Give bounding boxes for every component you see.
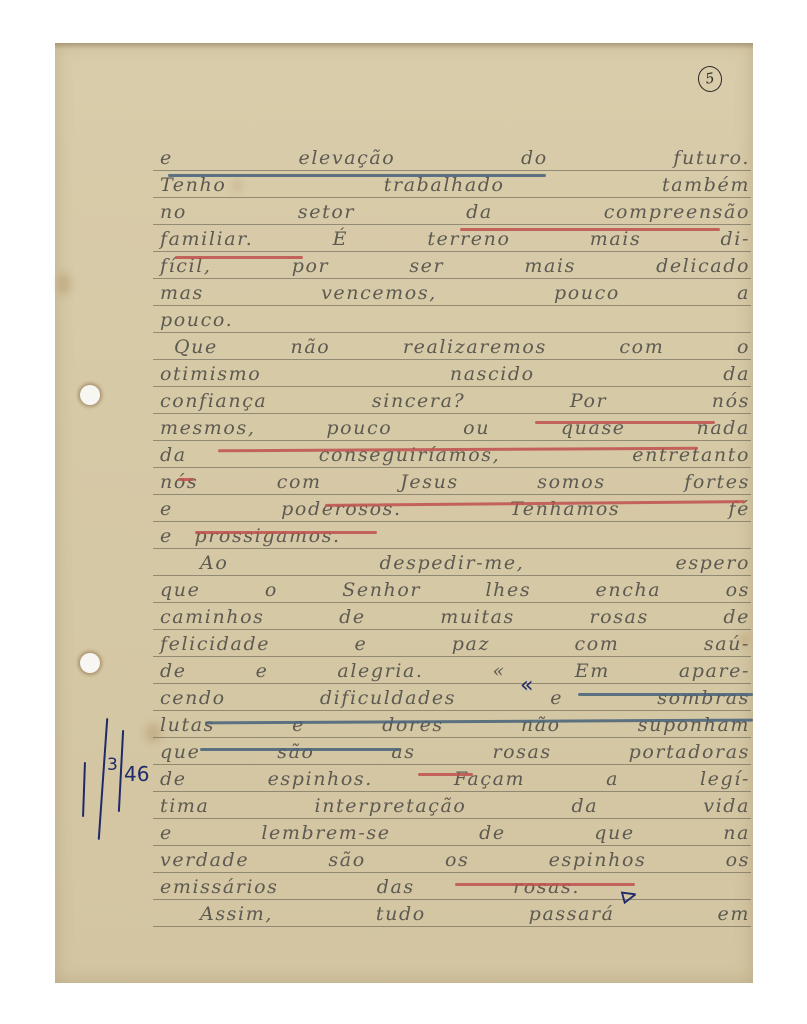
- ruled-line: [153, 737, 751, 738]
- ruled-line: [153, 899, 751, 900]
- ruled-line: [153, 791, 751, 792]
- text-line: Que não realizaremos com o: [160, 336, 750, 358]
- text-line: de espinhos. Façam a legí-: [160, 768, 750, 790]
- ruled-line: [153, 845, 751, 846]
- ruled-line: [153, 197, 751, 198]
- text-line: cendo dificuldades e sombras: [160, 687, 750, 709]
- text-line: caminhos de muitas rosas de: [160, 606, 750, 628]
- punch-hole-upper: [80, 385, 100, 405]
- ruled-line: [153, 467, 751, 468]
- text-line: pouco.: [160, 309, 750, 331]
- ruled-line: [153, 575, 751, 576]
- page-number-text: 5: [704, 70, 716, 87]
- text-line: confiança sincera? Por nós: [160, 390, 750, 412]
- text-line: nós com Jesus somos fortes: [160, 471, 750, 493]
- ruled-line: [153, 251, 751, 252]
- blue-underline: [200, 748, 400, 751]
- red-underline: [455, 883, 635, 886]
- red-underline: [175, 256, 303, 259]
- ruled-line: [153, 710, 751, 711]
- text-line: Assim, tudo passará em: [160, 903, 750, 925]
- ruled-line: [153, 278, 751, 279]
- ruled-line: [153, 656, 751, 657]
- ruled-line: [153, 332, 751, 333]
- ruled-line: [153, 602, 751, 603]
- ruled-line: [153, 359, 751, 360]
- text-line: felicidade e paz com saú-: [160, 633, 750, 655]
- date-month: 3: [107, 755, 118, 775]
- date-stroke: [82, 762, 86, 817]
- ruled-line: [153, 494, 751, 495]
- ruled-line: [153, 170, 751, 171]
- text-line: no setor da compreensão: [160, 201, 750, 223]
- punch-hole-lower: [80, 653, 100, 673]
- text-line: mas vencemos, pouco a: [160, 282, 750, 304]
- text-line: e elevação do futuro.: [160, 147, 750, 169]
- red-underline: [460, 228, 720, 231]
- text-line: emissários das rosas.: [160, 876, 580, 898]
- open-quote-mark-icon: «: [520, 673, 533, 698]
- red-underline: [178, 478, 194, 481]
- ruled-line: [153, 305, 751, 306]
- text-line: que são as rosas portadoras: [160, 741, 750, 763]
- text-line: que o Senhor lhes encha os: [160, 579, 750, 601]
- text-line: familiar. É terreno mais di-: [160, 228, 750, 250]
- ruled-line: [153, 548, 751, 549]
- ruled-line: [153, 818, 751, 819]
- text-line: de e alegria. « Em apare-: [160, 660, 750, 682]
- text-line: otimismo nascido da: [160, 363, 750, 385]
- text-line: tima interpretação da vida: [160, 795, 750, 817]
- ruled-line: [153, 683, 751, 684]
- ruled-line: [153, 386, 751, 387]
- ruled-line: [153, 764, 751, 765]
- ruled-line: [153, 224, 751, 225]
- text-line: Ao despedir-me, espero: [160, 552, 750, 574]
- ruled-line: [153, 521, 751, 522]
- date-year: 46: [124, 762, 149, 786]
- red-underline: [418, 773, 473, 776]
- ruled-line: [153, 629, 751, 630]
- text-line: lutas e dores não suponham: [160, 714, 750, 736]
- ruled-line: [153, 440, 751, 441]
- text-line: e prossigamos.: [160, 525, 750, 547]
- text-line: e lembrem-se de que na: [160, 822, 750, 844]
- red-underline: [535, 421, 715, 424]
- ruled-line: [153, 926, 751, 927]
- ruled-line: [153, 413, 751, 414]
- blue-underline: [168, 174, 546, 177]
- blue-underline: [578, 693, 753, 696]
- margin-date: 3 46: [78, 700, 158, 820]
- paper-stain: [57, 273, 71, 295]
- text-line: verdade são os espinhos os: [160, 849, 750, 871]
- red-underline: [195, 531, 377, 534]
- text-line: Tenho trabalhado também: [160, 174, 750, 196]
- ruled-line: [153, 872, 751, 873]
